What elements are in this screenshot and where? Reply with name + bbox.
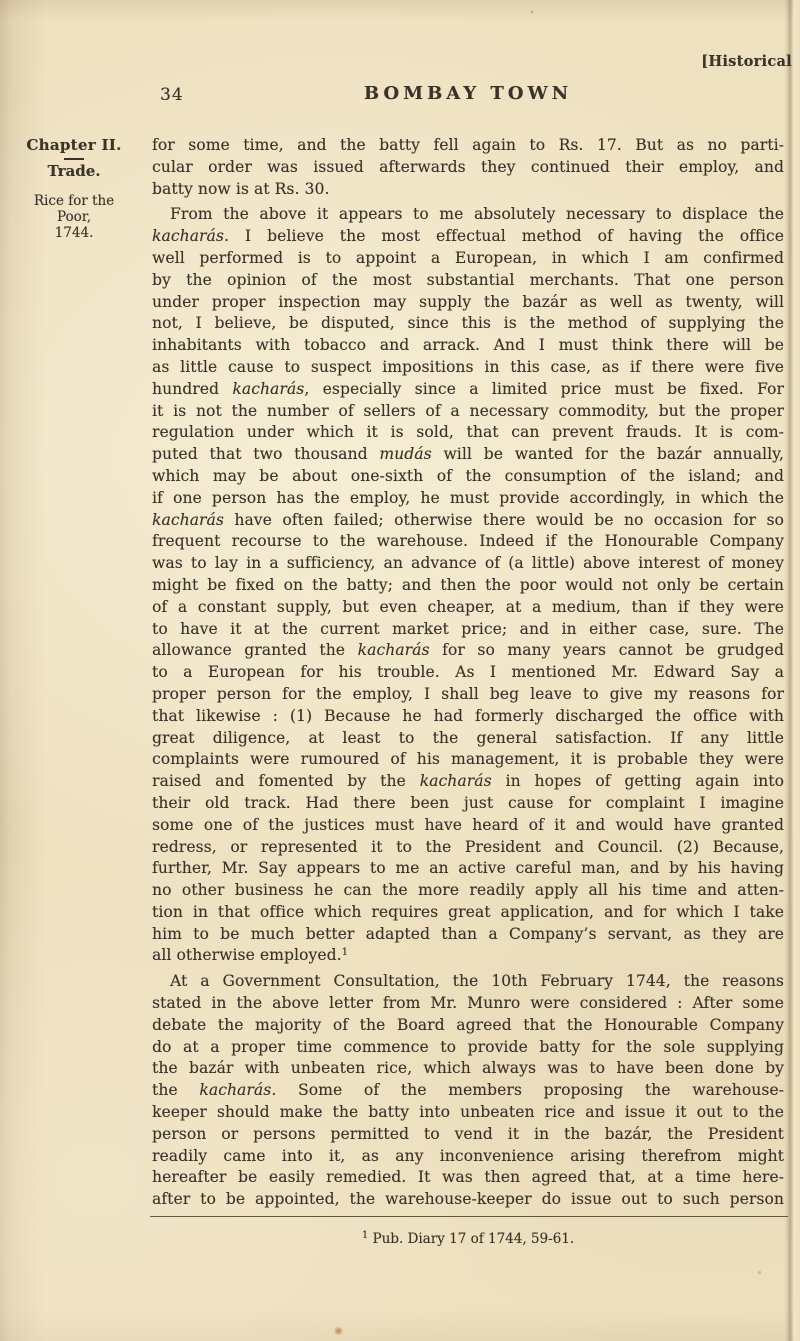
text-line: hundred kacharás, especially since a lim… bbox=[152, 379, 784, 401]
text-line: kacharás. I believe the most effectual m… bbox=[152, 226, 784, 248]
body-text: for some time, and the batty fell again … bbox=[152, 135, 784, 1211]
text-line: inhabitants with tobacco and arrack. And… bbox=[152, 335, 784, 357]
footnote-marker: 1 bbox=[362, 1230, 368, 1241]
text-line: debate the majority of the Board agreed … bbox=[152, 1015, 784, 1037]
corner-note: [Historical bbox=[701, 53, 792, 70]
text-line: person or persons permitted to vend it i… bbox=[152, 1124, 784, 1146]
text-line: to have it at the current market price; … bbox=[152, 619, 784, 641]
text-line: some one of the justices must have heard… bbox=[152, 815, 784, 837]
running-title: BOMBAY TOWN bbox=[152, 83, 784, 104]
text-line: kacharás have often failed; otherwise th… bbox=[152, 510, 784, 532]
page-edge-right bbox=[784, 0, 800, 1341]
paper-stain bbox=[334, 1327, 343, 1335]
text-line: that likewise : (1) Because he had forme… bbox=[152, 706, 784, 728]
text-line: do at a proper time commence to provide … bbox=[152, 1037, 784, 1059]
text-line: great diligence, at least to the general… bbox=[152, 728, 784, 750]
paper-stain bbox=[530, 10, 534, 14]
text-line: redress, or represented it to the Presid… bbox=[152, 837, 784, 859]
text-line: as little cause to suspect impositions i… bbox=[152, 357, 784, 379]
paragraph: At a Government Consultation, the 10th F… bbox=[152, 971, 784, 1211]
text-line: for some time, and the batty fell again … bbox=[152, 135, 784, 157]
text-line: cular order was issued afterwards they c… bbox=[152, 157, 784, 179]
text-line: all otherwise employed.1 bbox=[152, 945, 784, 967]
text-line: the bazár with unbeaten rice, which alwa… bbox=[152, 1058, 784, 1080]
text-line: stated in the above letter from Mr. Munr… bbox=[152, 993, 784, 1015]
text-line: complaints were rumoured of his manageme… bbox=[152, 749, 784, 771]
text-line: frequent recourse to the warehouse. Inde… bbox=[152, 531, 784, 553]
text-line: after to be appointed, the warehouse-kee… bbox=[152, 1189, 784, 1211]
text-line: was to lay in a sufficiency, an advance … bbox=[152, 553, 784, 575]
text-line: to a European for his trouble. As I ment… bbox=[152, 662, 784, 684]
text-line: regulation under which it is sold, that … bbox=[152, 422, 784, 444]
text-line: their old track. Had there been just cau… bbox=[152, 793, 784, 815]
paragraph: From the above it appears to me absolute… bbox=[152, 204, 784, 967]
text-line: further, Mr. Say appears to me an active… bbox=[152, 858, 784, 880]
text-line: him to be much better adapted than a Com… bbox=[152, 924, 784, 946]
margin-side-note: Rice for the Poor, 1744. bbox=[8, 193, 140, 241]
footnote-text: Pub. Diary 17 of 1744, 59-61. bbox=[373, 1231, 575, 1247]
text-line: if one person has the employ, he must pr… bbox=[152, 488, 784, 510]
margin-section-heading: Trade. bbox=[8, 163, 140, 180]
text-line: From the above it appears to me absolute… bbox=[152, 204, 784, 226]
margin-chapter-heading: Chapter II. bbox=[8, 137, 140, 154]
text-line: batty now is at Rs. 30. bbox=[152, 179, 784, 201]
paragraph: for some time, and the batty fell again … bbox=[152, 135, 784, 200]
text-line: under proper inspection may supply the b… bbox=[152, 292, 784, 314]
text-line: keeper should make the batty into unbeat… bbox=[152, 1102, 784, 1124]
text-line: puted that two thousand mudás will be wa… bbox=[152, 444, 784, 466]
text-line: raised and fomented by the kacharás in h… bbox=[152, 771, 784, 793]
text-line: allowance granted the kacharás for so ma… bbox=[152, 640, 784, 662]
text-line: proper person for the employ, I shall be… bbox=[152, 684, 784, 706]
text-line: by the opinion of the most substantial m… bbox=[152, 270, 784, 292]
footnote: 1 Pub. Diary 17 of 1744, 59-61. bbox=[152, 1231, 784, 1247]
text-line: the kacharás. Some of the members propos… bbox=[152, 1080, 784, 1102]
text-line: no other business he can the more readil… bbox=[152, 880, 784, 902]
text-line: At a Government Consultation, the 10th F… bbox=[152, 971, 784, 993]
text-line: might be fixed on the batty; and then th… bbox=[152, 575, 784, 597]
footnote-divider bbox=[150, 1216, 788, 1217]
book-page: [Historical 34 BOMBAY TOWN Chapter II. T… bbox=[0, 0, 800, 1341]
text-line: hereafter be easily remedied. It was the… bbox=[152, 1167, 784, 1189]
text-line: which may be about one-sixth of the cons… bbox=[152, 466, 784, 488]
paper-stain bbox=[757, 1270, 762, 1275]
text-line: readily came into it, as any inconvenien… bbox=[152, 1146, 784, 1168]
margin-divider bbox=[64, 158, 84, 160]
text-line: it is not the number of sellers of a nec… bbox=[152, 401, 784, 423]
text-line: tion in that office which requires great… bbox=[152, 902, 784, 924]
text-line: not, I believe, be disputed, since this … bbox=[152, 313, 784, 335]
text-line: of a constant supply, but even cheaper, … bbox=[152, 597, 784, 619]
text-line: well performed is to appoint a European,… bbox=[152, 248, 784, 270]
margin-notes: Chapter II. Trade. Rice for the Poor, 17… bbox=[8, 137, 140, 241]
